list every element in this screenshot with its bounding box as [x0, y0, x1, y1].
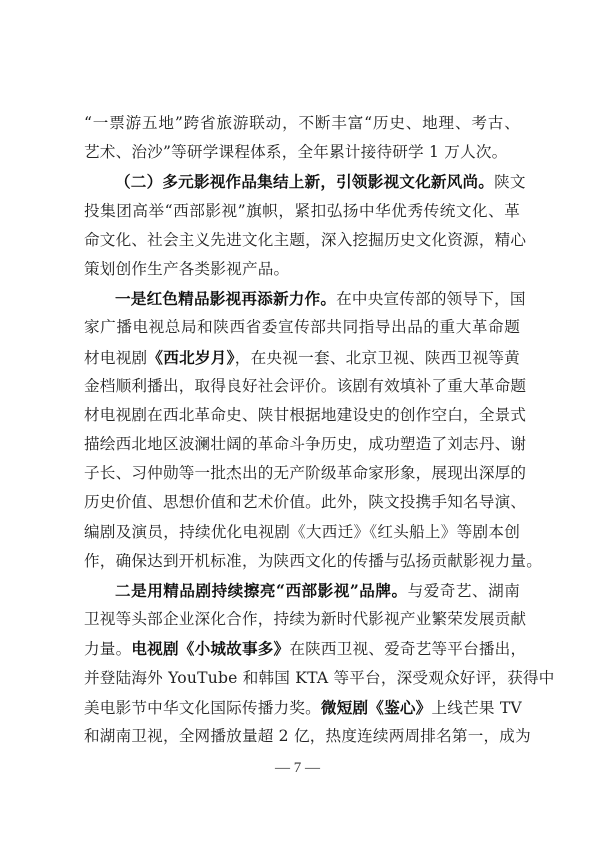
- body-text: 命文化、社会主义先进文化主题，深入挖掘历史文化资源，精心: [84, 231, 526, 249]
- text-line: 材电视剧《西北岁月》，在央视一套、北京卫视、陕西卫视等黄: [84, 343, 520, 372]
- body-text: 投集团高举“西部影视”旗帜，紧扣弘扬中华优秀传统文化、革: [84, 202, 520, 220]
- text-line: 力量。电视剧《小城故事多》在陕西卫视、爱奇艺等平台播出，: [84, 634, 520, 663]
- bold-heading-text: （二）多元影视作品集结上新，引领影视文化新风尚。: [115, 172, 494, 191]
- text-line: 材电视剧在西北革命史、陕甘根据地建设史的创作空白，全景式: [84, 401, 520, 430]
- body-text: 历史价值、思想价值和艺术价值。此外，陕文投携手知名导演、: [84, 493, 526, 511]
- body-text: 陕文: [494, 173, 526, 191]
- bold-heading-text: 《西北岁月》: [147, 348, 234, 367]
- text-line: 金档顺利播出，取得良好社会评价。该剧有效填补了重大革命题: [84, 372, 520, 401]
- text-line: 作，确保达到开机标准，为陕西文化的传播与弘扬贡献影视力量。: [84, 547, 520, 576]
- text-line: 家广播电视总局和陕西省委宣传部共同指导出品的重大革命题: [84, 313, 520, 342]
- body-text: 子长、习仲勋等一批杰出的无产阶级革命家形象，展现出深厚的: [84, 464, 526, 482]
- body-text: 上线芒果 TV: [431, 699, 521, 717]
- body-text: 材电视剧在西北革命史、陕甘根据地建设史的创作空白，全景式: [84, 406, 526, 424]
- body-text: 家广播电视总局和陕西省委宣传部共同指导出品的重大革命题: [84, 318, 520, 336]
- body-text: 和湖南卫视，全网播放量超 2 亿，热度连续两周排名第一，成为: [84, 727, 531, 745]
- body-text: 编剧及演员，持续优化电视剧《大西迁》《红头船上》等剧本创: [84, 523, 520, 541]
- text-line: 历史价值、思想价值和艺术价值。此外，陕文投携手知名导演、: [84, 488, 520, 517]
- body-text: 艺术、治沙”等研学课程体系，全年累计接待研学 1 万人次。: [84, 143, 507, 161]
- text-line: “一票游五地”跨省旅游联动，不断丰富“历史、地理、考古、: [84, 109, 520, 138]
- text-line: 并登陆海外 YouTube 和韩国 KTA 等平台，深受观众好评，获得中: [84, 664, 520, 693]
- text-line: 描绘西北地区波澜壮阔的革命斗争历史，成功塑造了刘志丹、谢: [84, 430, 520, 459]
- body-text: 描绘西北地区波澜壮阔的革命斗争历史，成功塑造了刘志丹、谢: [84, 435, 526, 453]
- body-text: 美电影节中华文化国际传播力奖。: [84, 699, 321, 717]
- text-line: 一是红色精品影视再添新力作。在中央宣传部的领导下，国: [84, 284, 520, 313]
- text-line: 卫视等头部企业深化合作，持续为新时代影视产业繁荣发展贡献: [84, 605, 520, 634]
- text-line: 投集团高举“西部影视”旗帜，紧扣弘扬中华优秀传统文化、革: [84, 197, 520, 226]
- text-line: 编剧及演员，持续优化电视剧《大西迁》《红头船上》等剧本创: [84, 518, 520, 547]
- text-line: 策划创作生产各类影视产品。: [84, 255, 520, 284]
- bold-heading-text: 电视剧《小城故事多》: [131, 639, 289, 658]
- page-number: — 7 —: [0, 760, 595, 777]
- text-line: 艺术、治沙”等研学课程体系，全年累计接待研学 1 万人次。: [84, 138, 520, 167]
- body-text: ，在央视一套、北京卫视、陕西卫视等黄: [235, 349, 520, 367]
- body-text: 并登陆海外 YouTube 和韩国 KTA 等平台，深受观众好评，获得中: [84, 669, 555, 687]
- body-text: 力量。: [84, 640, 131, 658]
- body-text: 策划创作生产各类影视产品。: [84, 260, 289, 278]
- text-line: 二是用精品剧持续擦亮“西部影视”品牌。与爱奇艺、湖南: [84, 576, 520, 605]
- text-line: 和湖南卫视，全网播放量超 2 亿，热度连续两周排名第一，成为: [84, 722, 520, 751]
- bold-heading-text: 二是用精品剧持续擦亮“西部影视”品牌。: [115, 581, 408, 600]
- body-text: 与爱奇艺、湖南: [408, 582, 520, 600]
- document-page: “一票游五地”跨省旅游联动，不断丰富“历史、地理、考古、艺术、治沙”等研学课程体…: [0, 0, 595, 841]
- bold-heading-text: 微短剧《鉴心》: [321, 698, 432, 717]
- text-line: 美电影节中华文化国际传播力奖。微短剧《鉴心》上线芒果 TV: [84, 693, 520, 722]
- body-text: “一票游五地”跨省旅游联动，不断丰富“历史、地理、考古、: [84, 114, 520, 132]
- body-text: 金档顺利播出，取得良好社会评价。该剧有效填补了重大革命题: [84, 377, 526, 395]
- body-text: 在中央宣传部的领导下，国: [336, 290, 526, 308]
- text-line: 命文化、社会主义先进文化主题，深入挖掘历史文化资源，精心: [84, 226, 520, 255]
- body-text: 作，确保达到开机标准，为陕西文化的传播与弘扬贡献影视力量。: [84, 552, 542, 570]
- bold-heading-text: 一是红色精品影视再添新力作。: [115, 289, 336, 308]
- document-body: “一票游五地”跨省旅游联动，不断丰富“历史、地理、考古、艺术、治沙”等研学课程体…: [84, 109, 520, 751]
- text-line: 子长、习仲勋等一批杰出的无产阶级革命家形象，展现出深厚的: [84, 459, 520, 488]
- body-text: 材电视剧: [84, 349, 147, 367]
- text-line: （二）多元影视作品集结上新，引领影视文化新风尚。陕文: [84, 167, 520, 196]
- body-text: 在陕西卫视、爱奇艺等平台播出，: [289, 640, 526, 658]
- body-text: 卫视等头部企业深化合作，持续为新时代影视产业繁荣发展贡献: [84, 610, 526, 628]
